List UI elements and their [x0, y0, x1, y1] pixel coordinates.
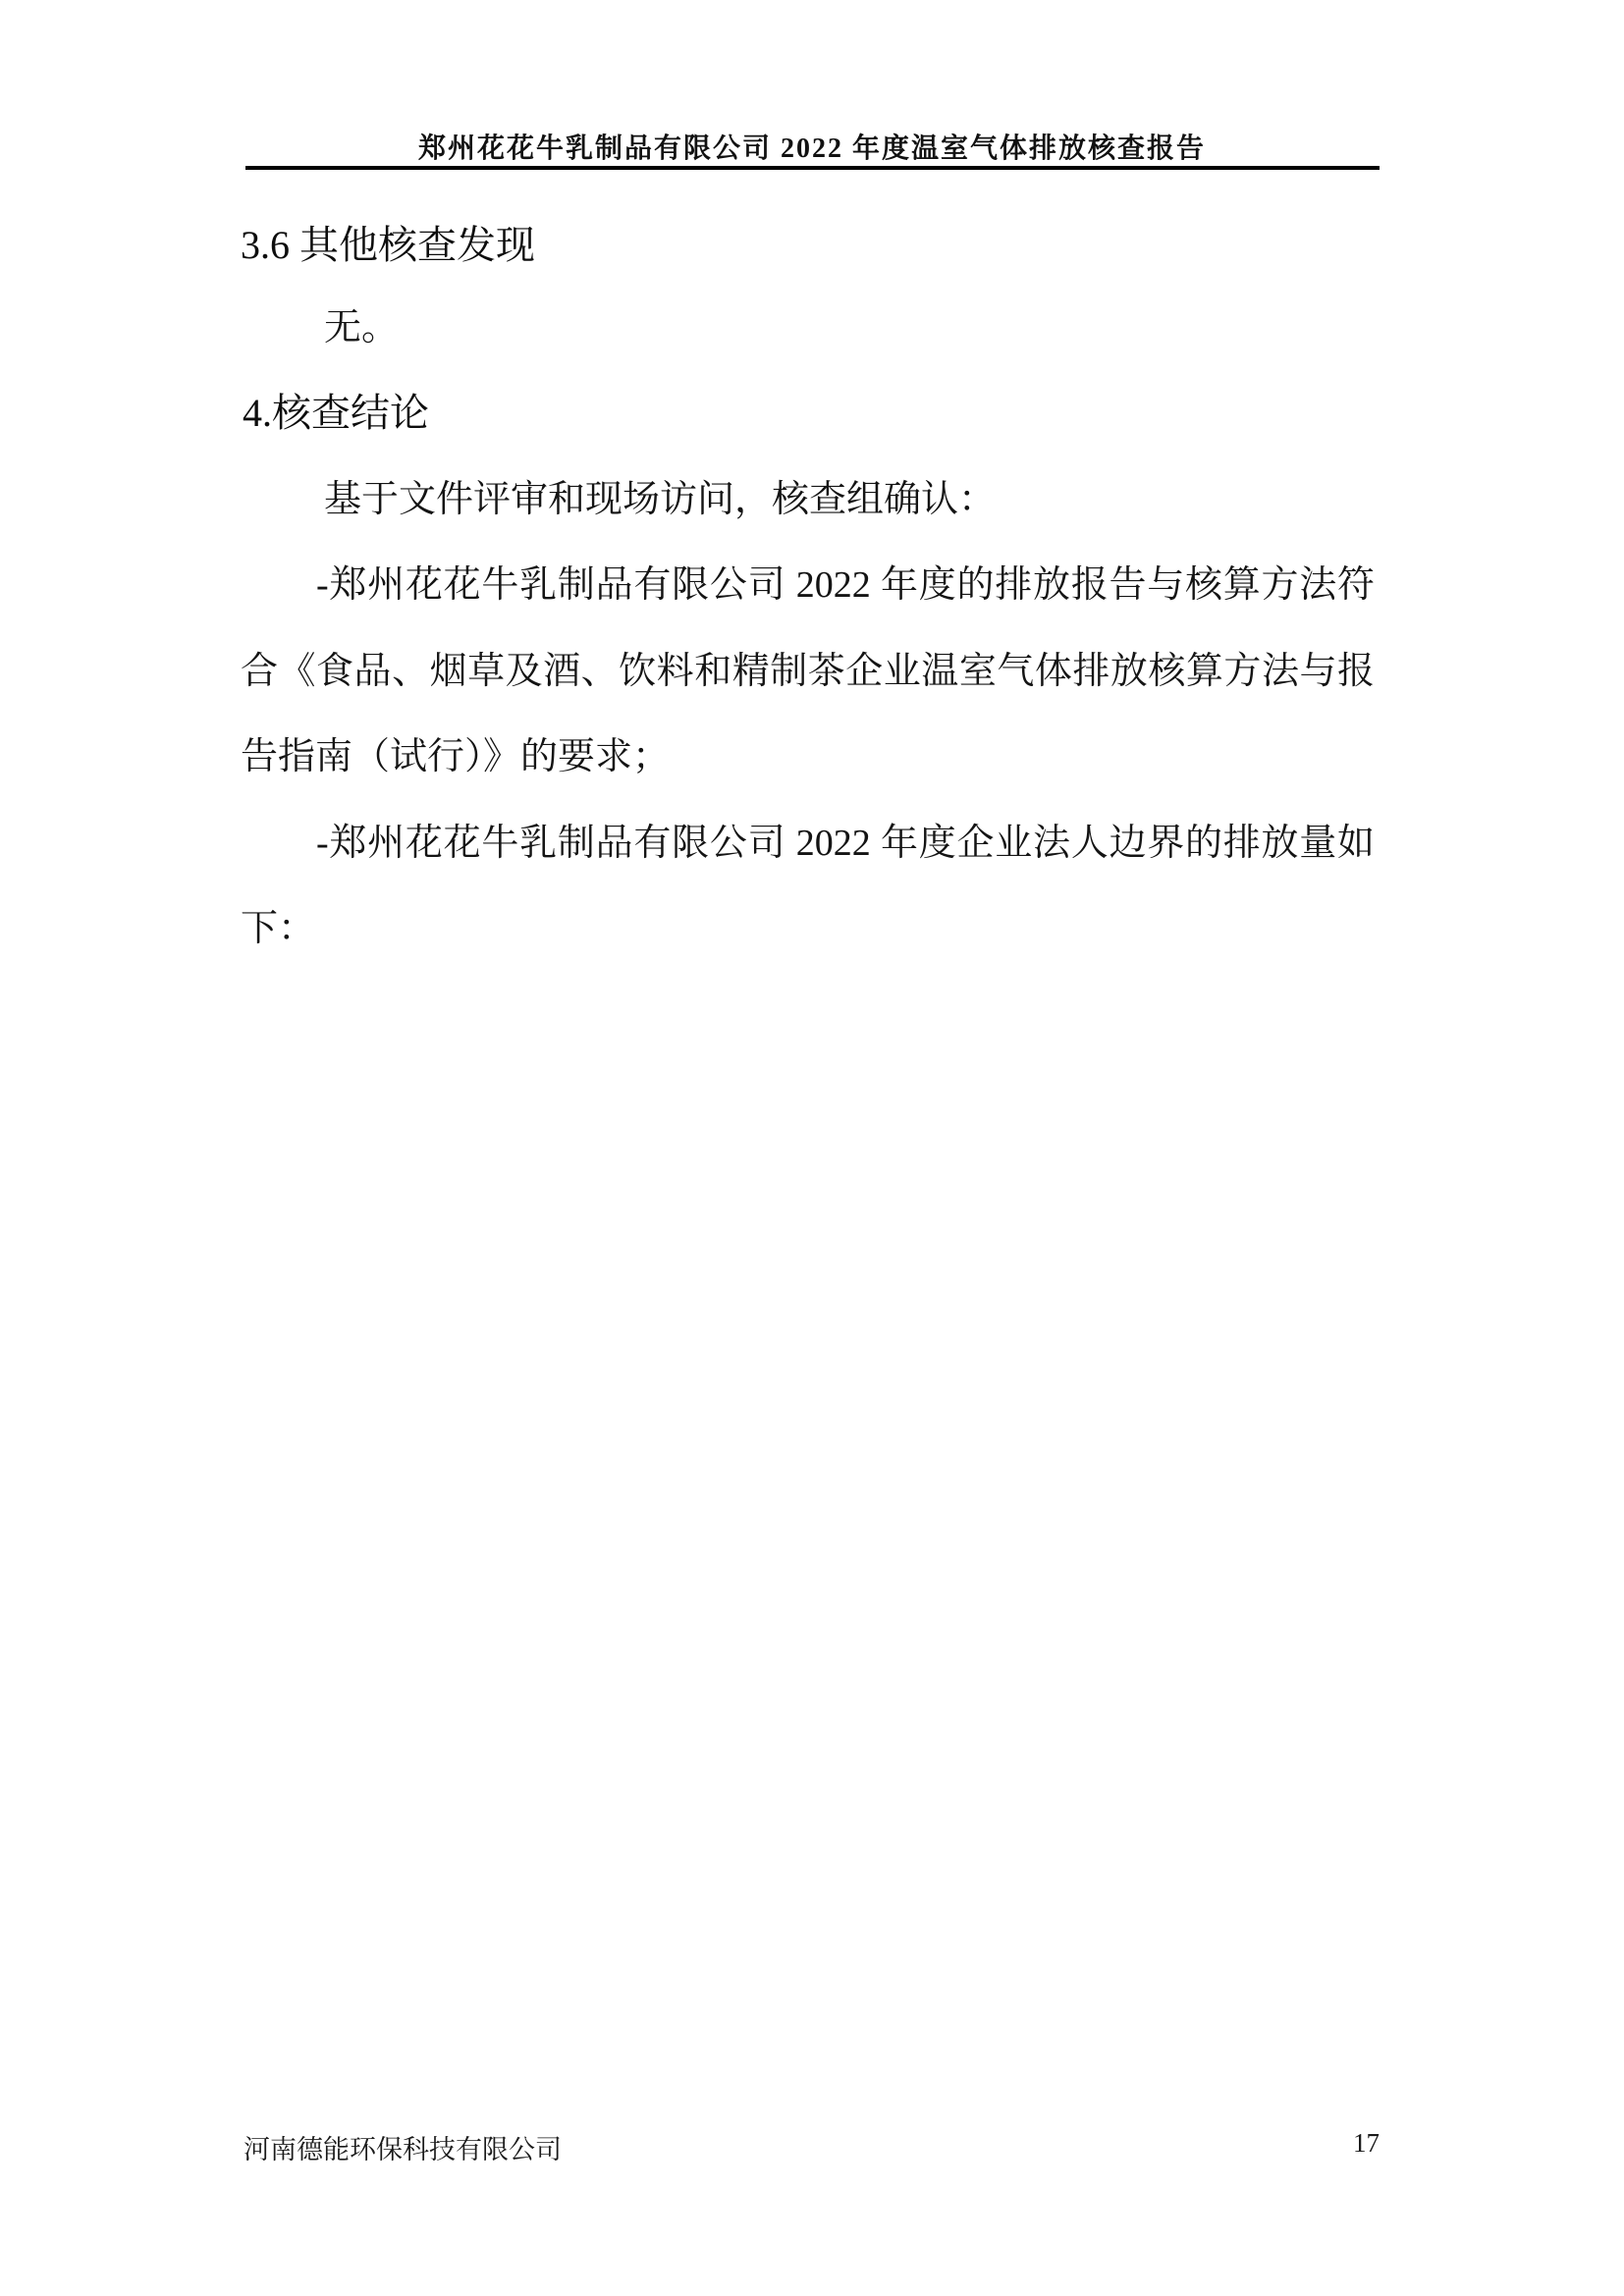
paragraph-confirmation-intro: 基于文件评审和现场访问，核查组确认：	[324, 479, 996, 522]
paragraph-emission-boundary-line1: -郑州花花牛乳制品有限公司 2022 年度企业法人边界的排放量如	[316, 823, 1375, 866]
paragraph-none: 无。	[324, 307, 399, 350]
paragraph-report-method-line2: 合《食品、烟草及酒、饮料和精制茶企业温室气体排放核算方法与报	[241, 651, 1375, 694]
section-heading-4-conclusion: 4.核查结论	[243, 391, 429, 436]
paragraph-report-method-line3: 告指南（试行）》的要求；	[241, 736, 670, 779]
page-header-title: 郑州花花牛乳制品有限公司 2022 年度温室气体排放核查报告	[0, 133, 1624, 166]
footer-company-name: 河南德能环保科技有限公司	[244, 2128, 562, 2166]
header-rule	[245, 166, 1380, 170]
section-heading-3-6-other-findings: 3.6 其他核查发现	[241, 223, 535, 268]
footer-page-number: 17	[1353, 2128, 1380, 2159]
report-page: 郑州花花牛乳制品有限公司 2022 年度温室气体排放核查报告 3.6 其他核查发…	[0, 0, 1624, 2296]
paragraph-emission-boundary-line2: 下：	[241, 908, 315, 951]
paragraph-report-method-line1: -郑州花花牛乳制品有限公司 2022 年度的排放报告与核算方法符	[316, 564, 1375, 608]
